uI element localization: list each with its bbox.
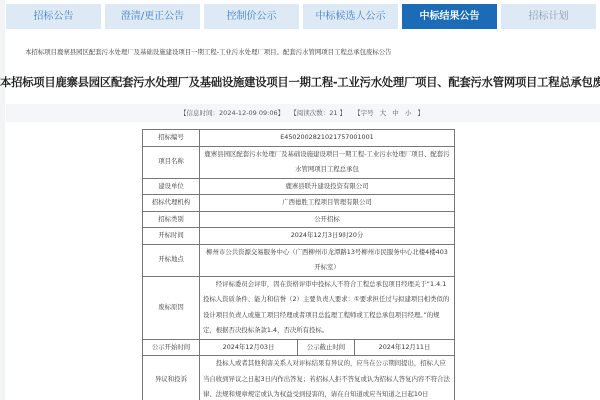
tab-clarification[interactable]: 澄清/更正公告 bbox=[105, 4, 200, 29]
pub-end-label: 公示截止时间 bbox=[298, 339, 355, 356]
open-place-label: 开标地点 bbox=[143, 244, 200, 276]
bid-type-value: 公开招标 bbox=[200, 211, 455, 228]
table-row: 开标地点 柳州市公共资源交易服务中心（广西柳州市龙潭路13号柳州市民服务中心北楼… bbox=[143, 244, 455, 276]
font-size-control: 【字号 大 中 小 】 bbox=[352, 109, 426, 117]
tab-candidate-publicity[interactable]: 中标候选人公示 bbox=[303, 4, 398, 29]
font-size-end: 】 bbox=[417, 109, 424, 117]
table-row: 建设单位 鹿寨县联升建设投资有限公司 bbox=[143, 178, 455, 195]
announcement-table: 招标编号 E4502002821021757001001 项目名称 鹿寨县园区配… bbox=[142, 129, 455, 400]
owner-label: 建设单位 bbox=[143, 178, 200, 195]
table-row: 项目名称 鹿寨县园区配套污水处理厂及基础设施建设项目一期工程-工业污水处理厂项目… bbox=[143, 146, 455, 178]
read-count: 【阅读次数：21 】 bbox=[290, 109, 346, 117]
open-time-label: 开标时间 bbox=[143, 228, 200, 245]
font-small-link[interactable]: 小 bbox=[405, 109, 412, 117]
pub-start-value: 2024年12月03日 bbox=[200, 339, 298, 356]
table-row: 招标代理机构 广西德胜工程项目管理有限公司 bbox=[143, 195, 455, 212]
reason-value: 经评标委员会评审，因在资格评审中投标人不符合工程总承包项目经理关于“1.4.1投… bbox=[200, 276, 455, 339]
breadcrumb: 本招标项目鹿寨县园区配套污水处理厂及基础设施建设项目一期工程-工业污水处理厂项目… bbox=[25, 47, 392, 56]
tab-award-result[interactable]: 中标结果公告 bbox=[402, 4, 497, 29]
bid-no-value: E4502002821021757001001 bbox=[200, 130, 455, 147]
project-name-value: 鹿寨县园区配套污水处理厂及基础设施建设项目一期工程-工业污水处理厂项目、配套污水… bbox=[200, 146, 455, 178]
tab-bid-plan[interactable]: 招标计划 bbox=[501, 4, 596, 29]
page-title: 本招标项目鹿寨县园区配套污水处理厂及基础设施建设项目一期工程-工业污水处理厂项目… bbox=[0, 74, 600, 90]
tab-bid-announcement[interactable]: 招标公告 bbox=[6, 4, 101, 29]
tab-bar: 招标公告 澄清/更正公告 控制价公示 中标候选人公示 中标结果公告 招标计划 bbox=[6, 4, 600, 29]
project-name-label: 项目名称 bbox=[143, 146, 200, 178]
agency-value: 广西德胜工程项目管理有限公司 bbox=[200, 195, 455, 212]
open-place-value: 柳州市公共资源交易服务中心（广西柳州市龙潭路13号柳州市民服务中心北楼4楼403… bbox=[200, 244, 455, 276]
objection-label: 异议和投诉 bbox=[143, 356, 200, 400]
agency-label: 招标代理机构 bbox=[143, 195, 200, 212]
bid-type-label: 招标类别 bbox=[143, 211, 200, 228]
bid-no-label: 招标编号 bbox=[143, 130, 200, 147]
table-row: 废标原因 经评标委员会评审，因在资格评审中投标人不符合工程总承包项目经理关于“1… bbox=[143, 276, 455, 339]
left-margin-bar bbox=[0, 0, 5, 400]
open-time-value: 2024年12月3日9时20分 bbox=[200, 228, 455, 245]
table-row: 异议和投诉 投标人或者其他利害关系人对评标结果有异议的，应当在公示期间提出，招标… bbox=[143, 356, 455, 400]
font-large-link[interactable]: 大 bbox=[380, 109, 387, 117]
owner-value: 鹿寨县联升建设投资有限公司 bbox=[200, 178, 455, 195]
objection-value: 投标人或者其他利害关系人对评标结果有异议的，应当在公示期间提出，招标人应当自收到… bbox=[200, 356, 455, 400]
table-row: 招标类别 公开招标 bbox=[143, 211, 455, 228]
table-row: 招标编号 E4502002821021757001001 bbox=[143, 130, 455, 147]
reason-label: 废标原因 bbox=[143, 276, 200, 339]
pub-start-label: 公示开始时间 bbox=[143, 339, 200, 356]
table-row: 公示开始时间 2024年12月03日 公示截止时间 2024年12月11日 bbox=[143, 339, 455, 356]
table-row: 开标时间 2024年12月3日9时20分 bbox=[143, 228, 455, 245]
publish-time: 【信息时间：2024-12-09 09:06】 bbox=[180, 109, 284, 117]
meta-info-bar: 【信息时间：2024-12-09 09:06】 【阅读次数：21 】 【字号 大… bbox=[6, 104, 600, 122]
pub-end-value: 2024年12月11日 bbox=[355, 339, 455, 356]
font-size-label: 【字号 bbox=[354, 109, 374, 117]
tab-control-price[interactable]: 控制价公示 bbox=[204, 4, 299, 29]
font-medium-link[interactable]: 中 bbox=[392, 109, 399, 117]
